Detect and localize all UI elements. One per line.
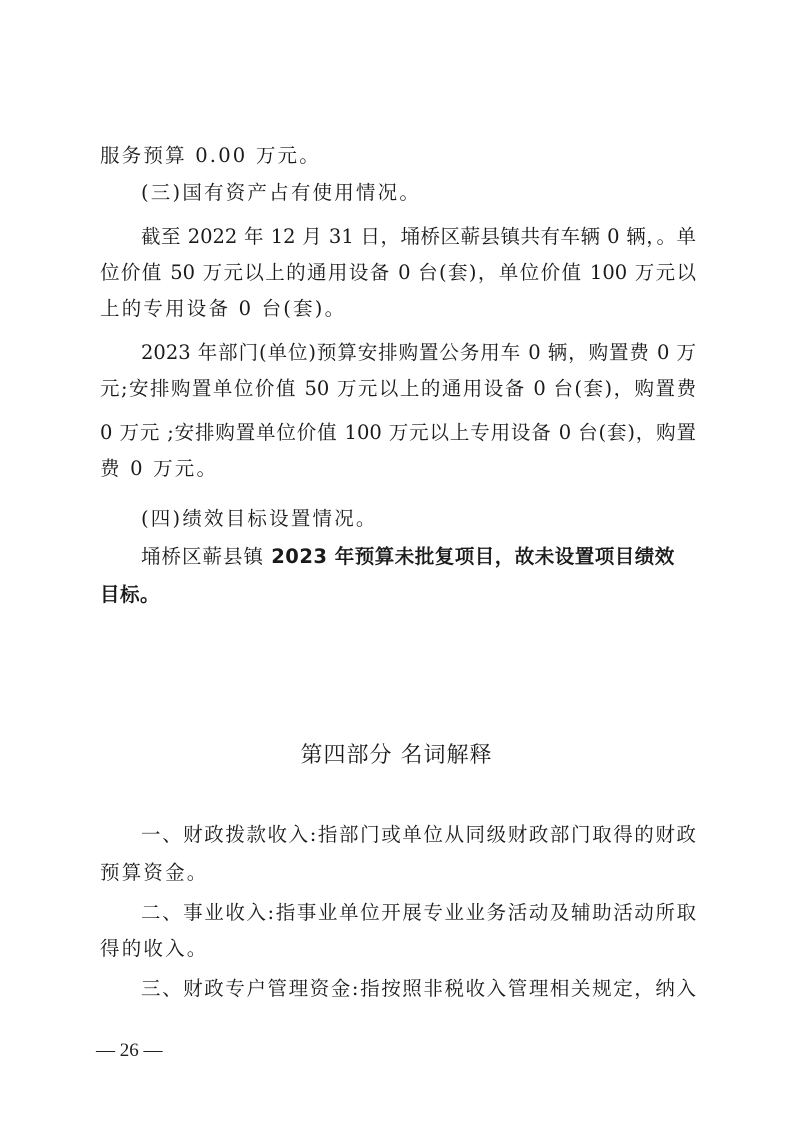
- definition-line: 一、财政拨款收入:指部门或单位从同级财政部门取得的财政: [141, 823, 696, 847]
- paragraph-line: 0 万元 ;安排购置单位价值 100 万元以上专用设备 0 台(套)，购置: [100, 421, 696, 445]
- paragraph-line: 截至 2022 年 12 月 31 日，埇桥区蕲县镇共有车辆 0 辆，。单: [141, 225, 696, 249]
- section-heading-performance: (四)绩效目标设置情况。: [141, 507, 737, 531]
- performance-paragraph: 埇桥区蕲县镇 2023 年预算未批复项目，故未设置项目绩效: [141, 545, 696, 569]
- definition-line: 预算资金。: [100, 861, 696, 885]
- performance-text-bold: 2023 年预算未批复项目，故未设置项目绩效: [271, 545, 675, 568]
- paragraph-line: 费 0 万元。: [100, 457, 696, 481]
- paragraph-line: 上的专用设备 0 台(套)。: [100, 297, 696, 321]
- definition-line: 二、事业收入:指事业单位开展专业业务活动及辅助活动所取: [141, 901, 696, 925]
- paragraph-line: 位价值 50 万元以上的通用设备 0 台(套)，单位价值 100 万元以: [100, 261, 696, 285]
- paragraph-line: 服务预算 0.00 万元。: [100, 144, 696, 168]
- section-heading-state-assets: (三)国有资产占有使用情况。: [141, 181, 737, 205]
- performance-paragraph-end: 目标。: [100, 583, 696, 607]
- paragraph-line: 2023 年部门(单位)预算安排购置公务用车 0 辆，购置费 0 万: [141, 341, 696, 365]
- paragraph-line: 元;安排购置单位价值 50 万元以上的通用设备 0 台(套)，购置费: [100, 377, 696, 401]
- performance-text-normal: 埇桥区蕲县镇: [141, 545, 271, 568]
- page-number: — 26 —: [96, 1040, 163, 1062]
- definition-line: 三、财政专户管理资金:指按照非税收入管理相关规定，纳入: [141, 977, 696, 1001]
- definition-line: 得的收入。: [100, 937, 696, 961]
- page-title-part4: 第四部分 名词解释: [0, 742, 793, 770]
